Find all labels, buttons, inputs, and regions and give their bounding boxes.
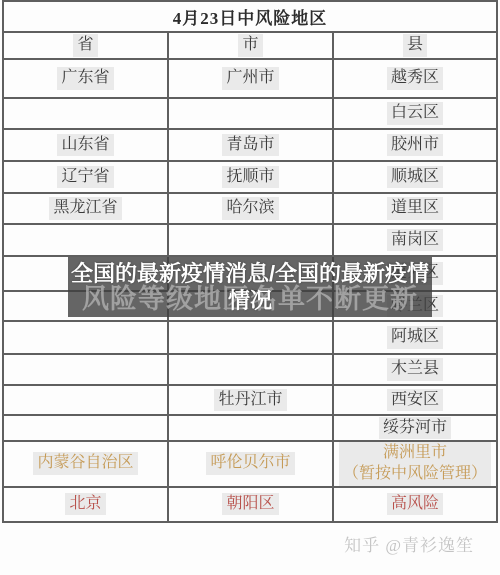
province-cell-text: 广东省	[57, 67, 113, 90]
province-cell	[3, 98, 168, 129]
county-cell-text: 高风险	[387, 493, 443, 516]
city-cell-text: 呼伦贝尔市	[206, 452, 294, 475]
county-cell-text: 胶州市	[387, 134, 443, 157]
city-cell	[168, 224, 333, 256]
table-row: 白云区	[3, 98, 497, 129]
header-county-label: 县	[403, 34, 427, 57]
table-row: 南岗区	[3, 224, 497, 256]
province-cell-text: 内蒙谷自治区	[33, 452, 137, 475]
county-cell-text: 南岗区	[387, 229, 443, 252]
city-cell	[168, 321, 333, 354]
header-city-label: 市	[238, 34, 262, 57]
province-cell-text: 辽宁省	[57, 166, 113, 189]
county-cell: 绥芬河市	[333, 415, 497, 441]
table-row: 广东省广州市越秀区	[3, 59, 497, 98]
screenshot-root: 4月23日中风险地区 省 市 县 广东省广州市越秀区白云区山东省青岛市胶州市辽宁…	[0, 0, 500, 575]
county-cell: 木兰县	[333, 354, 497, 385]
county-cell-text: 越秀区	[387, 67, 443, 90]
city-cell: 广州市	[168, 59, 333, 98]
county-cell-text: 满洲里市 （暂按中风险管理）	[339, 442, 491, 486]
table-row: 辽宁省抚顺市顺城区	[3, 161, 497, 193]
city-cell: 哈尔滨	[168, 193, 333, 224]
province-cell-text: 北京	[65, 493, 105, 516]
city-cell-text: 朝阳区	[222, 493, 278, 516]
county-cell-text: 白云区	[387, 102, 443, 125]
city-cell: 朝阳区	[168, 487, 333, 522]
province-cell	[3, 321, 168, 354]
county-cell: 胶州市	[333, 129, 497, 161]
table-title: 4月23日中风险地区	[3, 1, 497, 32]
county-cell: 白云区	[333, 98, 497, 129]
table-row: 木兰县	[3, 354, 497, 385]
county-cell: 道里区	[333, 193, 497, 224]
header-province: 省	[3, 32, 168, 59]
table-row: 内蒙谷自治区呼伦贝尔市满洲里市 （暂按中风险管理）	[3, 441, 497, 487]
province-cell	[3, 385, 168, 415]
county-cell: 越秀区	[333, 59, 497, 98]
province-cell	[3, 224, 168, 256]
county-cell-text: 道里区	[387, 197, 443, 220]
province-cell: 内蒙谷自治区	[3, 441, 168, 487]
county-cell: 南岗区	[333, 224, 497, 256]
header-province-label: 省	[73, 34, 97, 57]
city-cell	[168, 415, 333, 441]
table-row: 阿城区	[3, 321, 497, 354]
header-county: 县	[333, 32, 497, 59]
province-cell: 广东省	[3, 59, 168, 98]
city-cell-text: 抚顺市	[222, 166, 278, 189]
table-row: 山东省青岛市胶州市	[3, 129, 497, 161]
city-cell: 呼伦贝尔市	[168, 441, 333, 487]
county-cell-text: 木兰县	[387, 358, 443, 381]
city-cell: 抚顺市	[168, 161, 333, 193]
table-row: 北京朝阳区高风险	[3, 487, 497, 522]
city-cell-text: 广州市	[222, 67, 278, 90]
headline-banner: 风险等级地区名单不断更新 全国的最新疫情消息/全国的最新疫情情况	[68, 257, 432, 317]
province-cell	[3, 354, 168, 385]
province-cell: 辽宁省	[3, 161, 168, 193]
city-cell: 青岛市	[168, 129, 333, 161]
province-cell: 山东省	[3, 129, 168, 161]
county-cell: 顺城区	[333, 161, 497, 193]
county-cell-text: 阿城区	[387, 326, 443, 349]
province-cell: 黑龙江省	[3, 193, 168, 224]
city-cell-text: 哈尔滨	[222, 197, 278, 220]
table-title-row: 4月23日中风险地区	[3, 1, 497, 32]
province-cell: 北京	[3, 487, 168, 522]
city-cell: 牡丹江市	[168, 385, 333, 415]
county-cell: 高风险	[333, 487, 497, 522]
province-cell	[3, 415, 168, 441]
headline-text: 全国的最新疫情消息/全国的最新疫情情况	[68, 257, 432, 317]
table-row: 牡丹江市西安区	[3, 385, 497, 415]
table-row: 黑龙江省哈尔滨道里区	[3, 193, 497, 224]
county-cell-text: 西安区	[387, 389, 443, 412]
county-cell-text: 绥芬河市	[379, 417, 451, 440]
province-cell-text: 黑龙江省	[49, 197, 121, 220]
county-cell: 阿城区	[333, 321, 497, 354]
county-cell: 西安区	[333, 385, 497, 415]
city-cell	[168, 98, 333, 129]
city-cell-text: 青岛市	[222, 134, 278, 157]
county-cell-text: 顺城区	[387, 166, 443, 189]
city-cell-text: 牡丹江市	[214, 389, 286, 412]
table-header-row: 省 市 县	[3, 32, 497, 59]
province-cell-text: 山东省	[57, 134, 113, 157]
table-row: 绥芬河市	[3, 415, 497, 441]
header-city: 市	[168, 32, 333, 59]
zhihu-watermark: 知乎 @青衫逸笙	[344, 531, 474, 556]
city-cell	[168, 354, 333, 385]
county-cell: 满洲里市 （暂按中风险管理）	[333, 441, 497, 487]
